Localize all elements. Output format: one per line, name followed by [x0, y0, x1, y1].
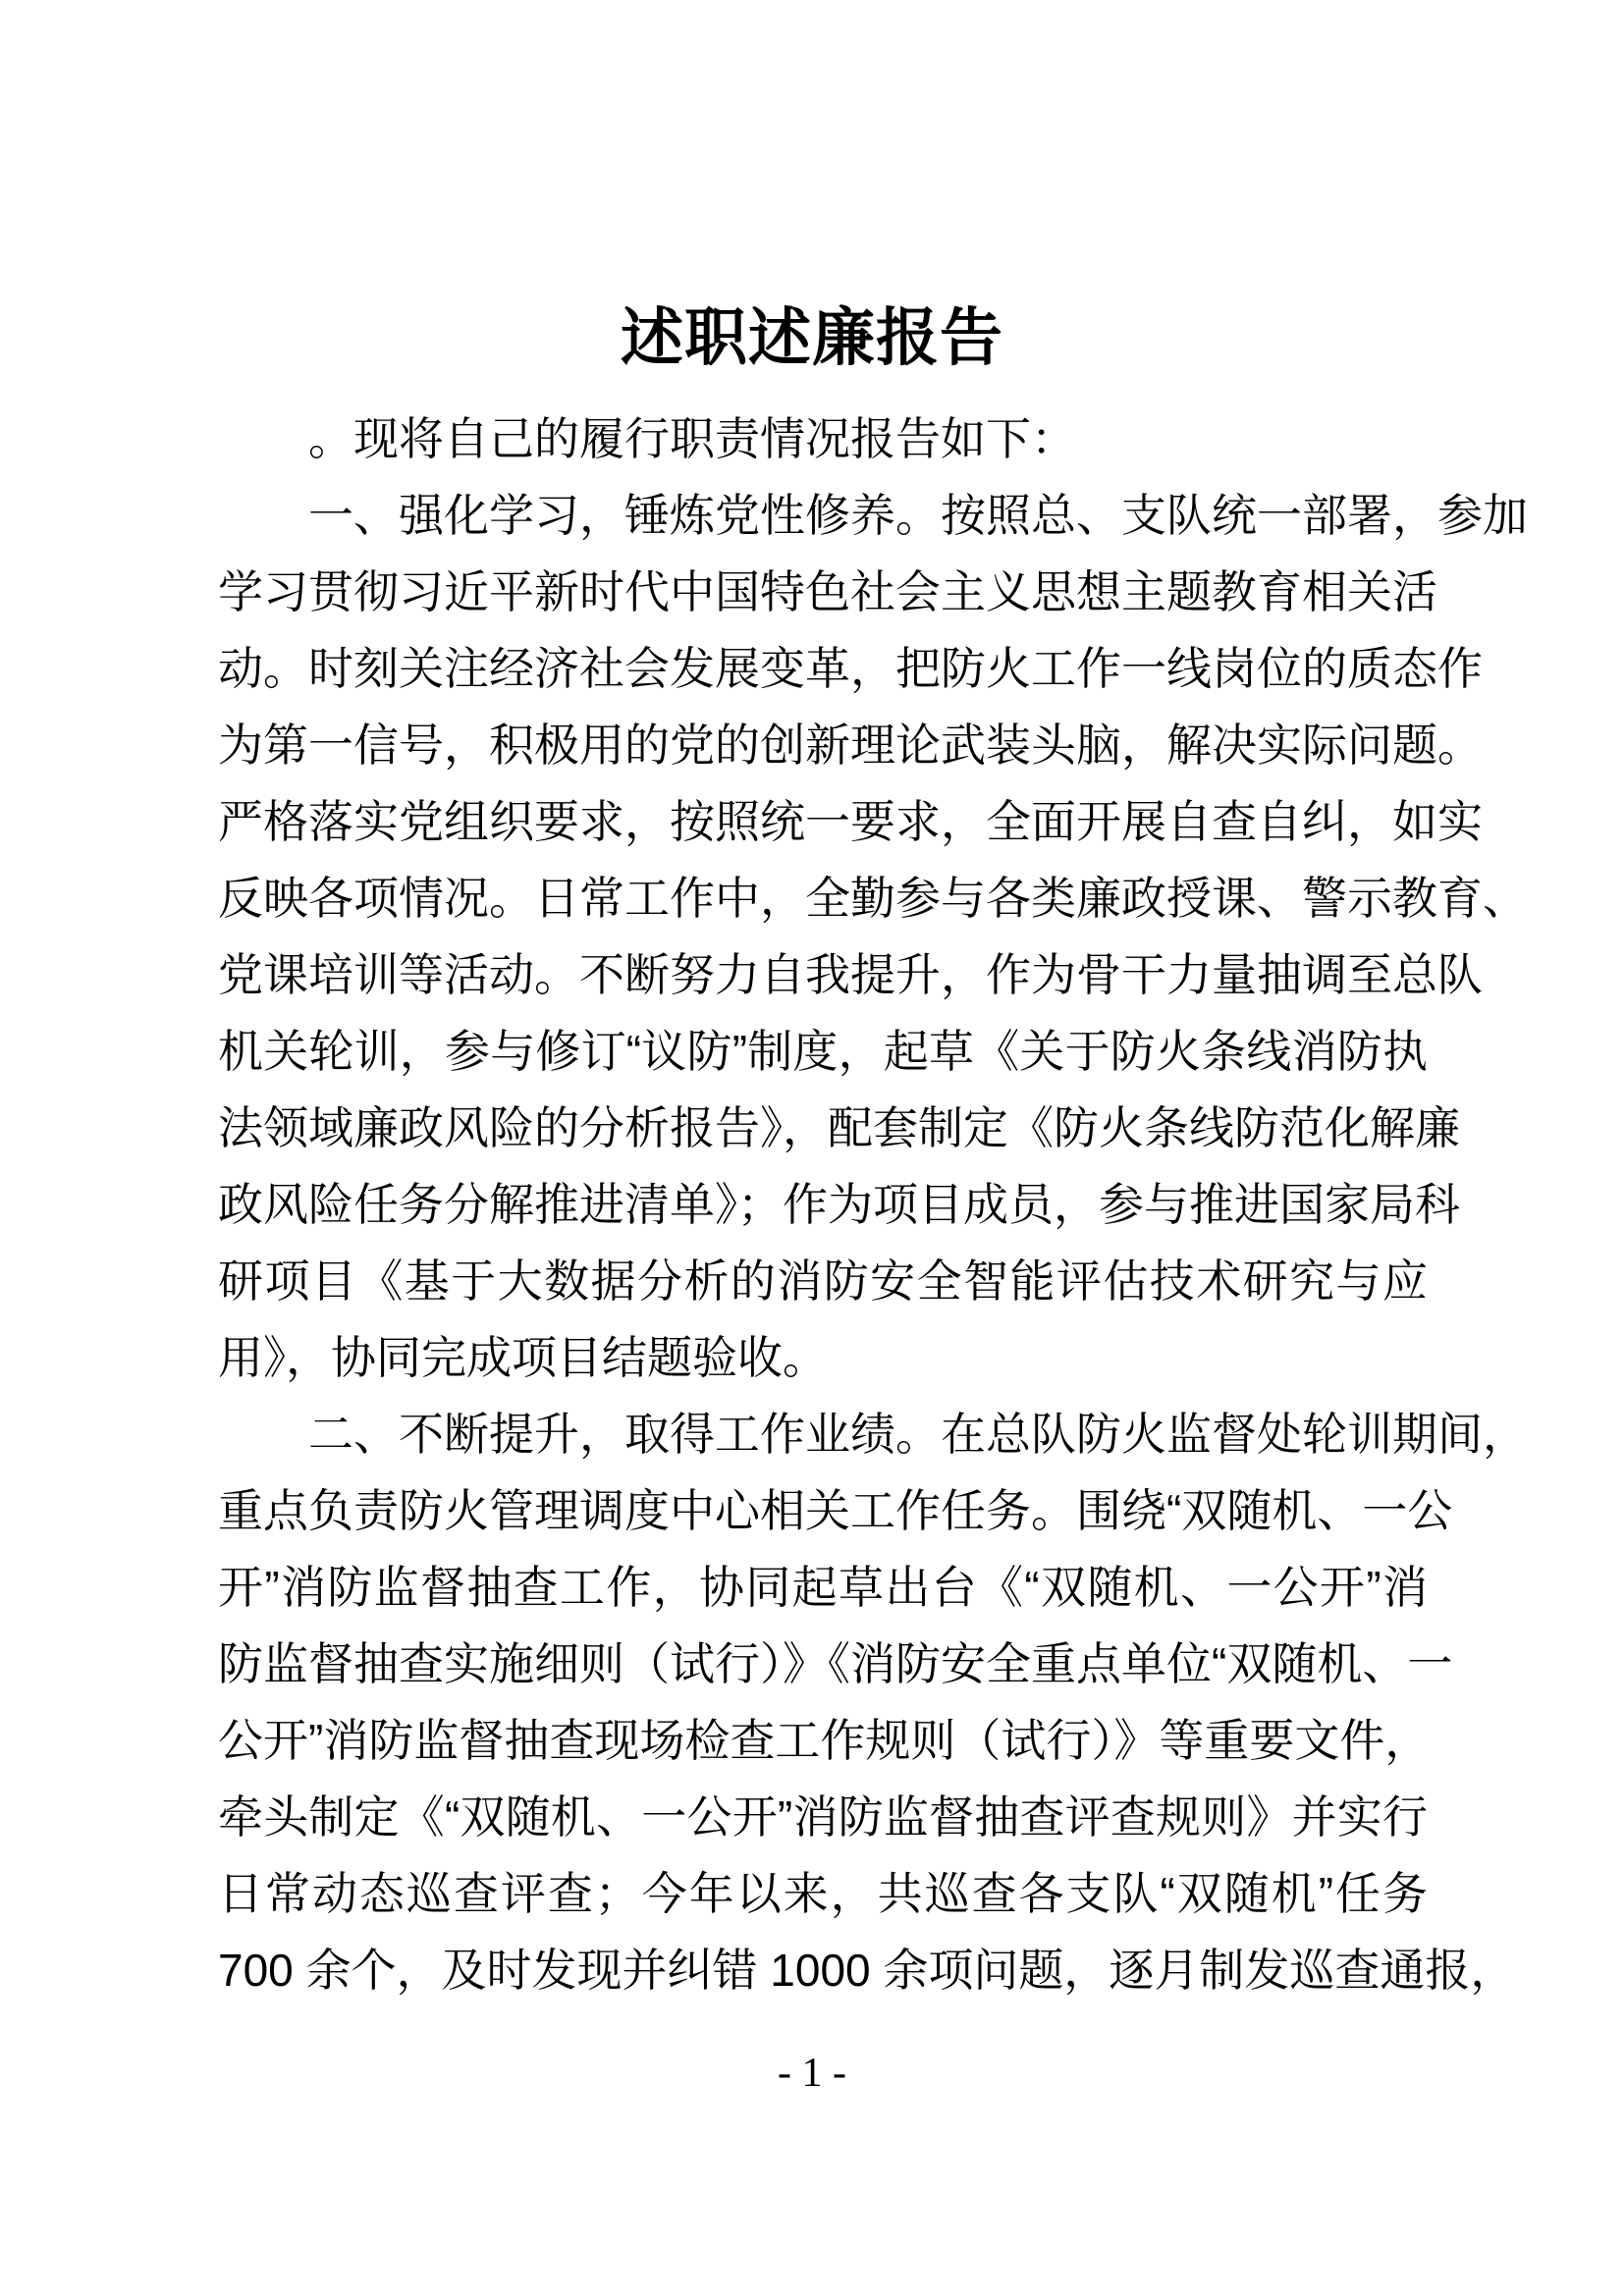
paragraph-line: 公开”消防监督抽查现场检查工作规则（试行）》等重要文件，: [218, 1702, 1428, 1779]
paragraph-line: 二、不断提升，取得工作业绩。在总队防火监督处轮训期间，: [218, 1396, 1428, 1472]
paragraph-line: 研项目《基于大数据分析的消防安全智能评估技术研究与应: [218, 1243, 1428, 1319]
document-title: 述职述廉报告: [0, 0, 1624, 373]
paragraph-line: 一、强化学习，锤炼党性修养。按照总、支队统一部署，参加: [218, 477, 1428, 554]
paragraph-line: 防监督抽查实施细则（试行）》《消防安全重点单位“双随机、一: [218, 1626, 1428, 1702]
paragraph-line: 党课培训等活动。不断努力自我提升，作为骨干力量抽调至总队: [218, 936, 1428, 1013]
paragraph-line: 政风险任务分解推进清单》；作为项目成员，参与推进国家局科: [218, 1166, 1428, 1243]
page-number: - 1 -: [778, 2051, 846, 2096]
paragraph-line: 机关轮训，参与修订“议防”制度，起草《关于防火条线消防执: [218, 1013, 1428, 1090]
paragraph-line: 牵头制定《“双随机、一公开”消防监督抽查评查规则》并实行: [218, 1779, 1428, 1855]
document-page: 述职述廉报告 。现将自己的履行职责情况报告如下：一、强化学习，锤炼党性修养。按照…: [0, 0, 1624, 2296]
paragraph-line: 动。时刻关注经济社会发展变革，把防火工作一线岗位的质态作: [218, 630, 1428, 707]
paragraph-line: 开”消防监督抽查工作，协同起草出台《“双随机、一公开”消: [218, 1549, 1428, 1626]
paragraph-line: 学习贯彻习近平新时代中国特色社会主义思想主题教育相关活: [218, 554, 1428, 630]
paragraph: 。现将自己的履行职责情况报告如下：: [218, 400, 1428, 477]
page-footer: - 1 -: [0, 2050, 1624, 2097]
paragraph-line: 700 余个，及时发现并纠错 1000 余项问题，逐月制发巡查通报，: [218, 1932, 1428, 2008]
paragraph-line: 。现将自己的履行职责情况报告如下：: [218, 400, 1428, 477]
paragraph-line: 严格落实党组织要求，按照统一要求，全面开展自查自纠，如实: [218, 783, 1428, 860]
paragraph-line: 反映各项情况。日常工作中，全勤参与各类廉政授课、警示教育、: [218, 860, 1428, 936]
document-body: 。现将自己的履行职责情况报告如下：一、强化学习，锤炼党性修养。按照总、支队统一部…: [218, 400, 1428, 2008]
paragraph-line: 日常动态巡查评查；今年以来，共巡查各支队“双随机”任务: [218, 1855, 1428, 1932]
paragraph-line: 重点负责防火管理调度中心相关工作任务。围绕“双随机、一公: [218, 1472, 1428, 1549]
paragraph: 一、强化学习，锤炼党性修养。按照总、支队统一部署，参加学习贯彻习近平新时代中国特…: [218, 477, 1428, 1396]
paragraph: 二、不断提升，取得工作业绩。在总队防火监督处轮训期间，重点负责防火管理调度中心相…: [218, 1396, 1428, 2008]
paragraph-line: 用》，协同完成项目结题验收。: [218, 1319, 1428, 1396]
paragraph-line: 为第一信号，积极用的党的创新理论武装头脑，解决实际问题。: [218, 707, 1428, 783]
paragraph-line: 法领域廉政风险的分析报告》，配套制定《防火条线防范化解廉: [218, 1090, 1428, 1166]
